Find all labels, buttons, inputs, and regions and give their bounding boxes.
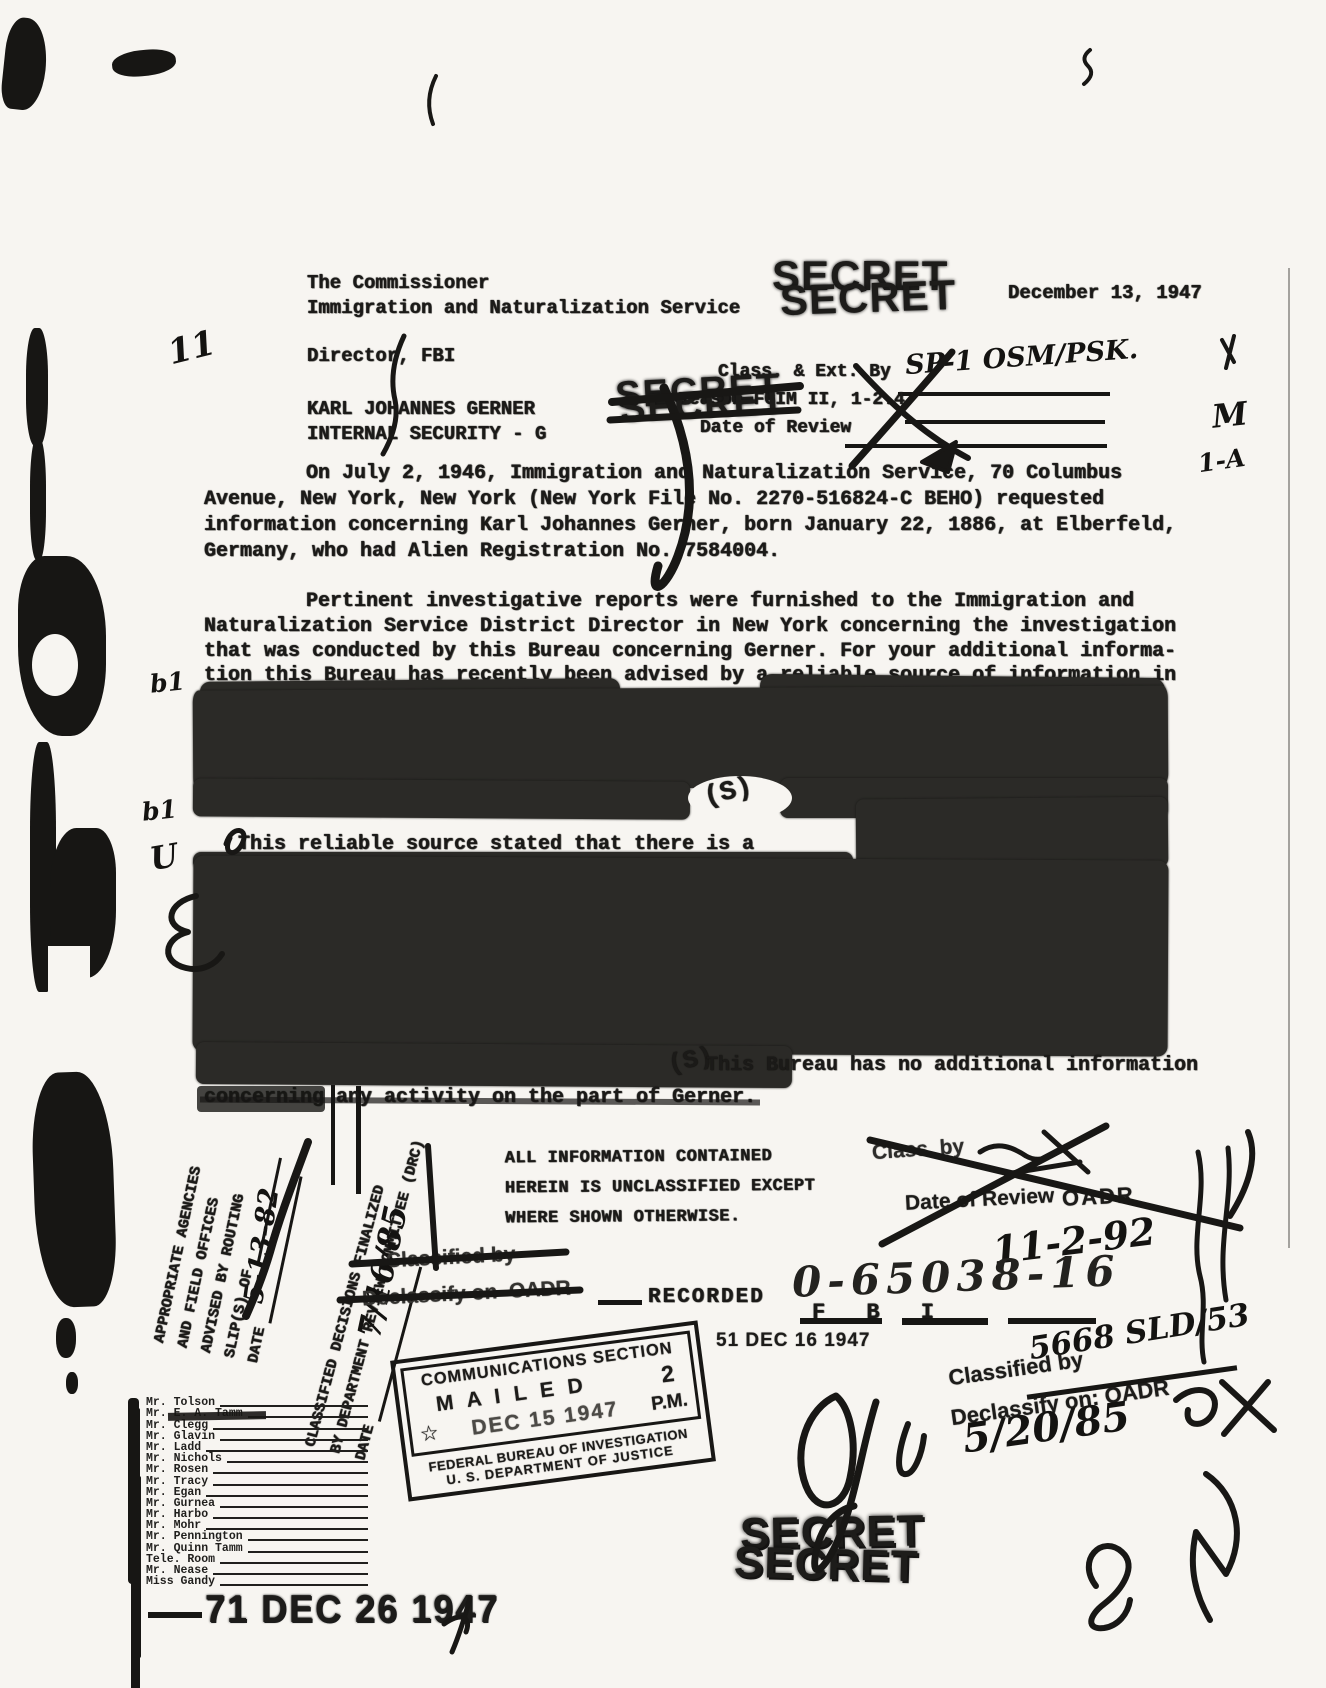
review-stamp-date-label: Date of Review — [904, 1184, 1054, 1216]
exemption-code-b1: b1 — [149, 666, 187, 698]
scanned-document-page: The Commissioner Immigration and Natural… — [0, 0, 1326, 1688]
recorded-label: RECORDED — [648, 1286, 765, 1309]
classby-scrawl — [980, 1132, 1088, 1174]
review-stamp-class-by: Class. by — [871, 1135, 965, 1165]
top-brace-mark — [1084, 50, 1091, 84]
margin-mark-eleven: 11 — [164, 323, 220, 373]
document-date: December 13, 1947 — [1008, 282, 1202, 304]
class-ext-handwritten-value: SP-1 OSM/PSK. — [904, 334, 1139, 381]
unclassified-stamp-line: HEREIN IS UNCLASSIFIED EXCEPT — [505, 1172, 816, 1205]
dash — [598, 1300, 642, 1305]
body-line: Germany, who had Alien Registration No. … — [204, 540, 780, 563]
ampersand-loop-scribble — [1089, 1546, 1130, 1628]
fjx-scribble — [1176, 1382, 1274, 1434]
mailed-stamp-pm: P.M. — [650, 1389, 689, 1416]
unclassified-stamp: ALL INFORMATION CONTAINED HEREIN IS UNCL… — [505, 1142, 816, 1235]
m-tick-mark — [1222, 336, 1234, 368]
subject-name: KARL JOHANNES GERNER — [307, 398, 535, 420]
unclassified-stamp-line: WHERE SHOWN OTHERWISE. — [505, 1202, 816, 1235]
routing-list-smudge — [128, 1398, 139, 1584]
scan-artifact-hole — [48, 946, 90, 996]
ea-signature — [899, 1424, 924, 1474]
margin-mark-m: M — [1210, 394, 1249, 435]
scan-artifact-dash — [111, 47, 177, 80]
scan-artifact-mark — [56, 1318, 76, 1358]
mailed-stamp-box: COMMUNICATIONS SECTION M A I L E D 2 ☆ D… — [390, 1320, 716, 1501]
dash — [148, 1612, 202, 1618]
review-stamp-oadr: OADR — [1061, 1182, 1135, 1212]
margin-mark-u: U — [147, 836, 181, 878]
body-line: Naturalization Service District Director… — [204, 615, 1176, 638]
body-line: This Bureau has no additional informatio… — [706, 1054, 1198, 1077]
recipient-line: Immigration and Naturalization Service — [307, 297, 740, 319]
secret-stamp-top: SECRET SECRET — [772, 250, 962, 330]
scan-artifact-hole — [32, 634, 78, 696]
fbi-letters: F B I — [812, 1300, 948, 1325]
bottom-date-stamp: 71 DEC 26 1947 — [205, 1586, 499, 1631]
redaction-bar — [192, 855, 1168, 1056]
underline — [845, 444, 1107, 448]
margin-mark-1a: 1-A — [1196, 443, 1247, 478]
scan-artifact-streak — [30, 1071, 118, 1309]
top-paren-mark — [429, 76, 436, 124]
exemption-code-b1: b1 — [141, 794, 179, 826]
redaction-bar — [193, 778, 690, 819]
secret-stamp-text-overstrike: SECRET — [733, 1538, 919, 1593]
declass-label: Classified by — [947, 1347, 1085, 1392]
redaction-bar — [193, 685, 1169, 790]
secret-stamp-crossed: SECRET SECRET — [614, 365, 807, 445]
sender-line: Director, FBI — [307, 345, 455, 367]
secret-stamp-text-overstrike: SECRET — [619, 380, 787, 432]
page-edge-line — [1288, 268, 1290, 1248]
body-line: On July 2, 1946, Immigration and Natural… — [306, 462, 1122, 485]
scan-artifact-mark — [66, 1372, 78, 1394]
body-line: that was conducted by this Bureau concer… — [204, 640, 1176, 663]
secret-stamp-text-overstrike: SECRET — [779, 271, 957, 325]
underline — [898, 392, 1110, 396]
underline — [905, 420, 1105, 424]
body-line: Avenue, New York, New York (New York Fil… — [204, 488, 1104, 511]
scan-artifact-streak — [26, 328, 48, 446]
routing-slip-stamp: APPROPRIATE AGENCIES AND FIELD OFFICES A… — [148, 1052, 331, 1366]
body-line: Pertinent investigative reports were fur… — [306, 590, 1134, 613]
scan-artifact-corner-blob — [0, 16, 51, 112]
right-hook-scribble — [1230, 1132, 1252, 1216]
file-number-handwritten: 0-65038-16 — [791, 1246, 1121, 1306]
leaf-scribble — [1193, 1474, 1237, 1620]
ea-signature — [801, 1396, 853, 1505]
body-line: information concerning Karl Johannes Ger… — [204, 514, 1176, 537]
mailed-stamp-number: 2 — [660, 1360, 676, 1388]
unclassified-stamp-line: ALL INFORMATION CONTAINED — [505, 1142, 816, 1175]
scan-artifact-blob — [18, 556, 106, 736]
secret-stamp-bottom: SECRET SECRET — [738, 1508, 938, 1618]
received-date-stamp: 51 DEC 16 1947 — [716, 1330, 871, 1352]
name-overstrike — [168, 1411, 266, 1421]
star-icon: ☆ — [418, 1420, 440, 1447]
scan-artifact-streak — [30, 438, 46, 560]
subject-classification: INTERNAL SECURITY - G — [307, 423, 546, 445]
routing-list: Mr. Tolson Mr. E. A. Tamm Mr. Clegg Mr. … — [146, 1398, 370, 1588]
recipient-line: The Commissioner — [307, 272, 489, 294]
right-edge-scrawl — [1223, 1148, 1229, 1300]
